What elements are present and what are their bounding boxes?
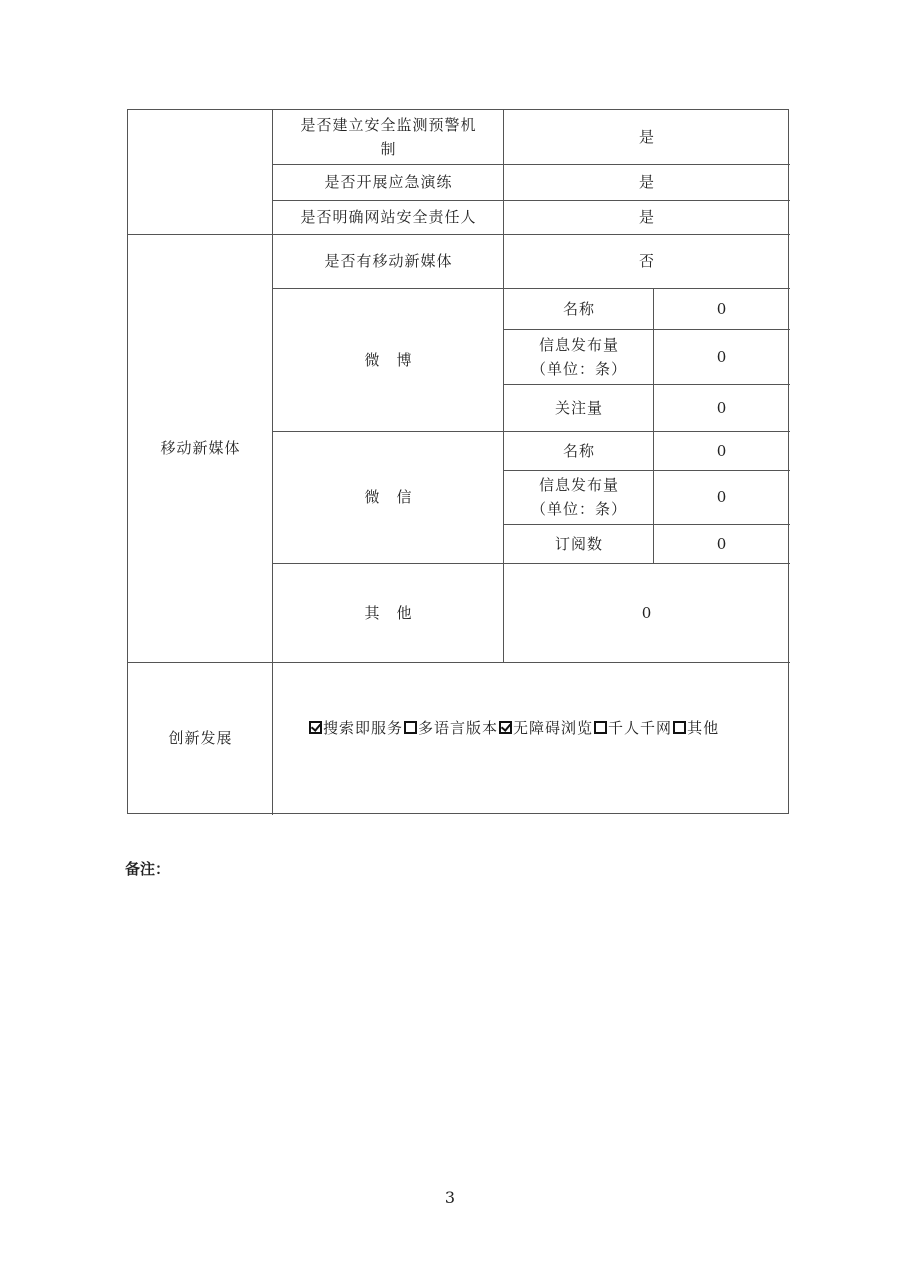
weibo-posts-value: 0	[654, 329, 790, 384]
innovation-option-label: 无障碍浏览	[513, 719, 593, 737]
checked-checkbox-icon[interactable]	[309, 721, 322, 734]
innovation-section-label: 创新发展	[128, 662, 273, 814]
weibo-name-value: 0	[654, 288, 790, 329]
security-label-monitoring: 是否建立安全监测预警机制	[273, 110, 504, 164]
wechat-name-label: 名称	[504, 431, 654, 470]
checked-checkbox-icon[interactable]	[499, 721, 512, 734]
wechat-posts-label: 信息发布量（单位：条）	[504, 470, 654, 524]
weibo-name-label: 名称	[504, 288, 654, 329]
innovation-option-label: 多语言版本	[418, 719, 498, 737]
unchecked-checkbox-icon[interactable]	[673, 721, 686, 734]
security-label-drill: 是否开展应急演练	[273, 164, 504, 200]
weibo-posts-label: 信息发布量（单位：条）	[504, 329, 654, 384]
weibo-followers-label: 关注量	[504, 384, 654, 431]
wechat-name-value: 0	[654, 431, 790, 470]
security-value-monitoring: 是	[504, 110, 790, 164]
innovation-option-label: 其他	[687, 719, 719, 737]
other-media-label: 其 他	[273, 563, 504, 662]
security-value-drill: 是	[504, 164, 790, 200]
unchecked-checkbox-icon[interactable]	[594, 721, 607, 734]
wechat-posts-value: 0	[654, 470, 790, 524]
weibo-followers-value: 0	[654, 384, 790, 431]
note-label: 备注：	[125, 858, 170, 879]
innovation-option-label: 搜索即服务	[323, 719, 403, 737]
report-table: 是否建立安全监测预警机制 是 是否开展应急演练 是 是否明确网站安全责任人 是 …	[127, 109, 789, 814]
other-media-value: 0	[504, 563, 790, 662]
security-value-responsible: 是	[504, 200, 790, 234]
wechat-label: 微 信	[273, 431, 504, 563]
security-label-responsible: 是否明确网站安全责任人	[273, 200, 504, 234]
wechat-subscribers-value: 0	[654, 524, 790, 563]
mobile-media-section-label: 移动新媒体	[128, 234, 273, 662]
innovation-option-label: 千人千网	[608, 719, 672, 737]
wechat-subscribers-label: 订阅数	[504, 524, 654, 563]
weibo-label: 微 博	[273, 288, 504, 431]
innovation-options: 搜索即服务多语言版本无障碍浏览千人千网其他	[273, 662, 790, 814]
has-mobile-media-value: 否	[504, 234, 790, 288]
page-number: 3	[0, 1188, 900, 1207]
unchecked-checkbox-icon[interactable]	[404, 721, 417, 734]
has-mobile-media-label: 是否有移动新媒体	[273, 234, 504, 288]
